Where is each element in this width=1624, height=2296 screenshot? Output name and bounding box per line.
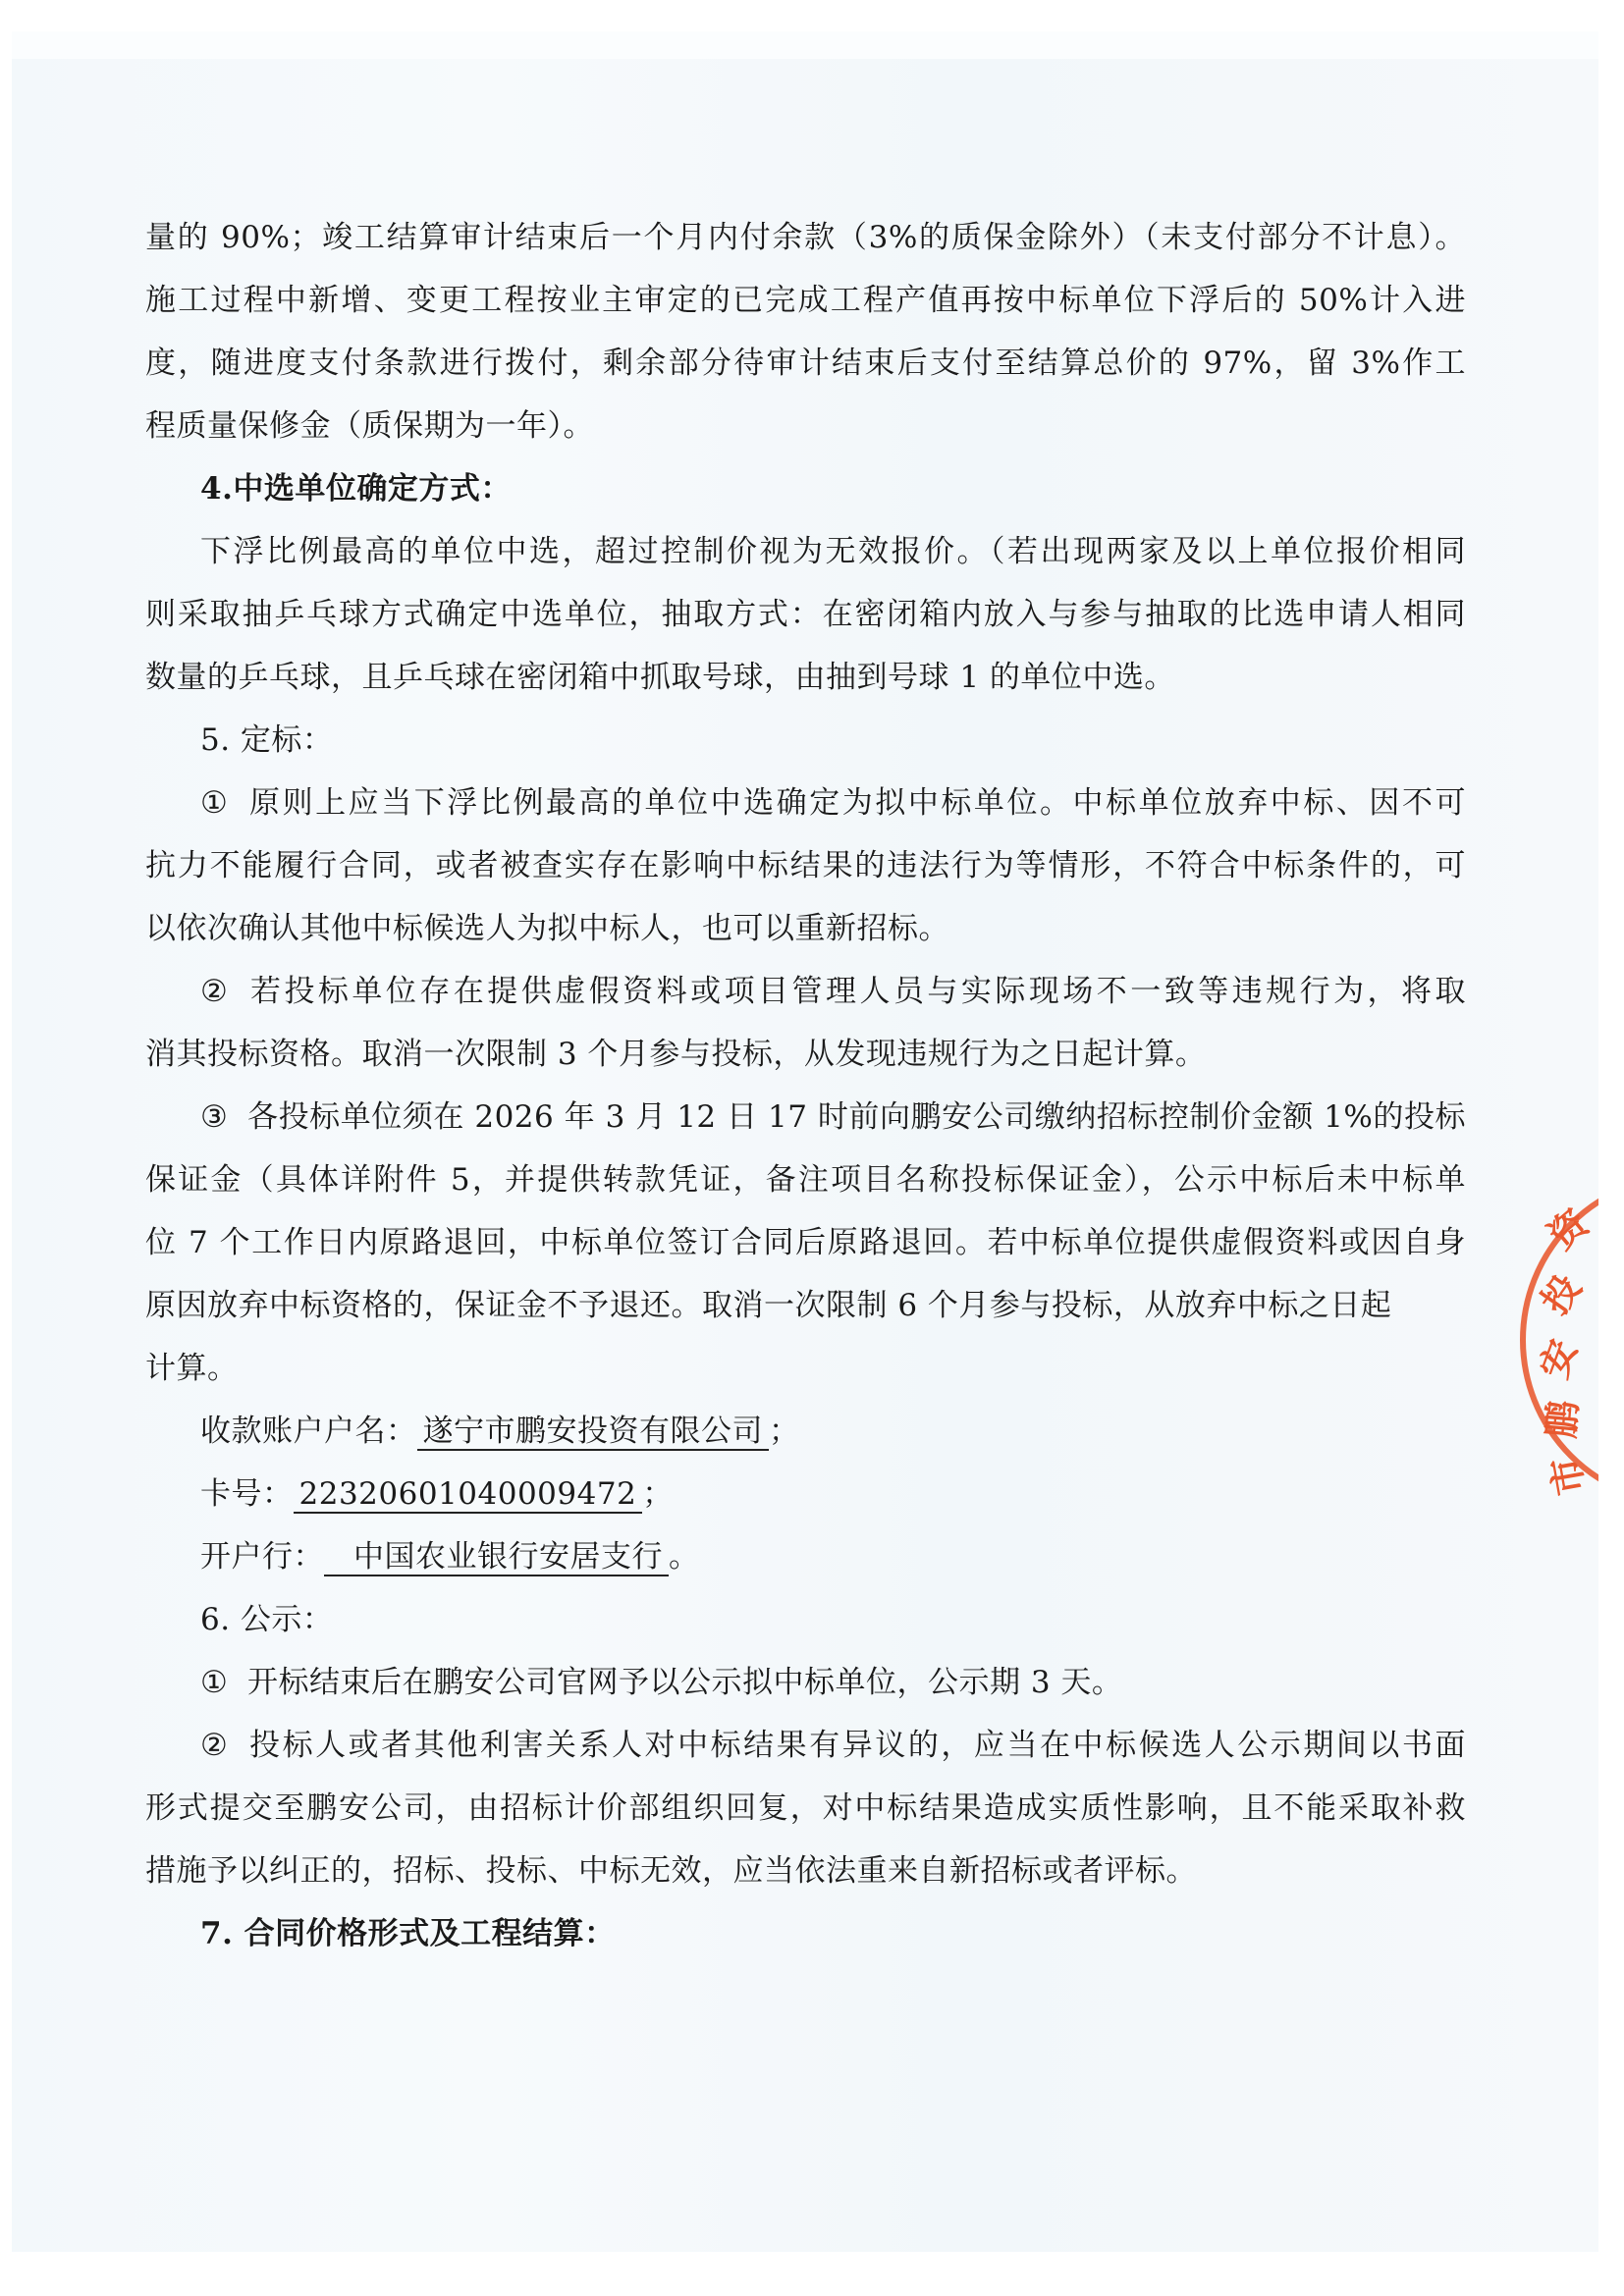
page-top-band [12, 31, 1598, 59]
card-number-label: 卡号： [200, 1476, 294, 1512]
bank-row: 开户行：中国农业银行安居支行。 [145, 1525, 1466, 1588]
seal-char: 市 [1533, 1443, 1598, 1500]
text-line: 则采取抽乒乓球方式确定中选单位，抽取方式：在密闭箱内放入与参与抽取的比选申请人相… [145, 583, 1466, 646]
section-heading-4: 4.中选单位确定方式： [145, 457, 1466, 520]
seal-char: 鹏 [1531, 1380, 1597, 1440]
text-line: 下浮比例最高的单位中选，超过控制价视为无效报价。（若出现两家及以上单位报价相同 [145, 520, 1466, 583]
card-number-value: 22320601040009472 [294, 1476, 643, 1514]
circled-number-1: ① [200, 1651, 247, 1714]
text-line: 原则上应当下浮比例最高的单位中选确定为拟中标单位。中标单位放弃中标、因不可 [247, 785, 1466, 821]
text-line: 投标人或者其他利害关系人对中标结果有异议的，应当在中标候选人公示期间以书面 [247, 1728, 1466, 1763]
list-item-5-1: ①原则上应当下浮比例最高的单位中选确定为拟中标单位。中标单位放弃中标、因不可 [145, 772, 1466, 834]
circled-number-3: ③ [200, 1086, 247, 1148]
bank-value: 中国农业银行安居支行 [324, 1539, 669, 1576]
text-line: 位 7 个工作日内原路退回，中标单位签订合同后原路退回。若中标单位提供虚假资料或… [145, 1211, 1466, 1274]
seal-char: 安 [1524, 1312, 1598, 1387]
text-line: 计算。 [145, 1337, 1466, 1400]
seal-text: 资 投 安 鹏 市 [1532, 1198, 1591, 1502]
punct: ； [769, 1414, 800, 1449]
list-item-5-2: ②若投标单位存在提供虚假资料或项目管理人员与实际现场不一致等违规行为，将取 [145, 960, 1466, 1023]
account-name-label: 收款账户户名： [200, 1414, 417, 1449]
account-name-row: 收款账户户名：遂宁市鹏安投资有限公司； [145, 1400, 1466, 1463]
text-line: 消其投标资格。取消一次限制 3 个月参与投标，从发现违规行为之日起计算。 [145, 1023, 1466, 1086]
document-body: 量的 90%；竣工结算审计结束后一个月内付余款（3%的质保金除外）（未支付部分不… [145, 206, 1466, 1965]
text-line: 原因放弃中标资格的，保证金不予退还。取消一次限制 6 个月参与投标，从放弃中标之… [145, 1274, 1466, 1337]
card-number-row: 卡号：22320601040009472； [145, 1463, 1466, 1525]
text-line: 开标结束后在鹏安公司官网予以公示拟中标单位，公示期 3 天。 [247, 1665, 1122, 1700]
text-line: 若投标单位存在提供虚假资料或项目管理人员与实际现场不一致等违规行为，将取 [247, 974, 1466, 1009]
punct: ； [642, 1476, 674, 1512]
punct: 。 [669, 1539, 700, 1575]
section-heading-5: 5. 定标： [145, 709, 1466, 772]
circled-number-2: ② [200, 1714, 247, 1777]
circled-number-2: ② [200, 960, 247, 1023]
text-line: 抗力不能履行合同，或者被查实存在影响中标结果的违法行为等情形，不符合中标条件的，… [145, 834, 1466, 897]
text-line: 各投标单位须在 2026 年 3 月 12 日 17 时前向鹏安公司缴纳招标控制… [247, 1099, 1466, 1135]
text-line: 保证金（具体详附件 5，并提供转款凭证，备注项目名称投标保证金），公示中标后未中… [145, 1148, 1466, 1211]
section-heading-6: 6. 公示： [145, 1588, 1466, 1651]
section-heading-7: 7. 合同价格形式及工程结算： [145, 1902, 1466, 1965]
list-item-6-2: ②投标人或者其他利害关系人对中标结果有异议的，应当在中标候选人公示期间以书面 [145, 1714, 1466, 1777]
text-line: 数量的乒乓球，且乒乓球在密闭箱中抓取号球，由抽到号球 1 的单位中选。 [145, 646, 1466, 709]
text-line: 形式提交至鹏安公司，由招标计价部组织回复，对中标结果造成实质性影响，且不能采取补… [145, 1777, 1466, 1840]
text-line: 程质量保修金（质保期为一年）。 [145, 395, 1466, 457]
seal-char: 资 [1535, 1192, 1598, 1264]
account-name-value: 遂宁市鹏安投资有限公司 [417, 1414, 770, 1451]
list-item-6-1: ①开标结束后在鹏安公司官网予以公示拟中标单位，公示期 3 天。 [145, 1651, 1466, 1714]
text-line: 措施予以纠正的，招标、投标、中标无效，应当依法重来自新招标或者评标。 [145, 1840, 1466, 1902]
list-item-5-3: ③各投标单位须在 2026 年 3 月 12 日 17 时前向鹏安公司缴纳招标控… [145, 1086, 1466, 1148]
text-line: 量的 90%；竣工结算审计结束后一个月内付余款（3%的质保金除外）（未支付部分不… [145, 206, 1466, 269]
seal-char: 投 [1526, 1251, 1598, 1327]
company-seal: 资 投 安 鹏 市 [1512, 1158, 1598, 1522]
text-line: 施工过程中新增、变更工程按业主审定的已完成工程产值再按中标单位下浮后的 50%计… [145, 269, 1466, 332]
text-line: 度，随进度支付条款进行拨付，剩余部分待审计结束后支付至结算总价的 97%，留 3… [145, 332, 1466, 395]
bank-label: 开户行： [200, 1539, 324, 1575]
text-line: 以依次确认其他中标候选人为拟中标人，也可以重新招标。 [145, 897, 1466, 960]
circled-number-1: ① [200, 772, 247, 834]
